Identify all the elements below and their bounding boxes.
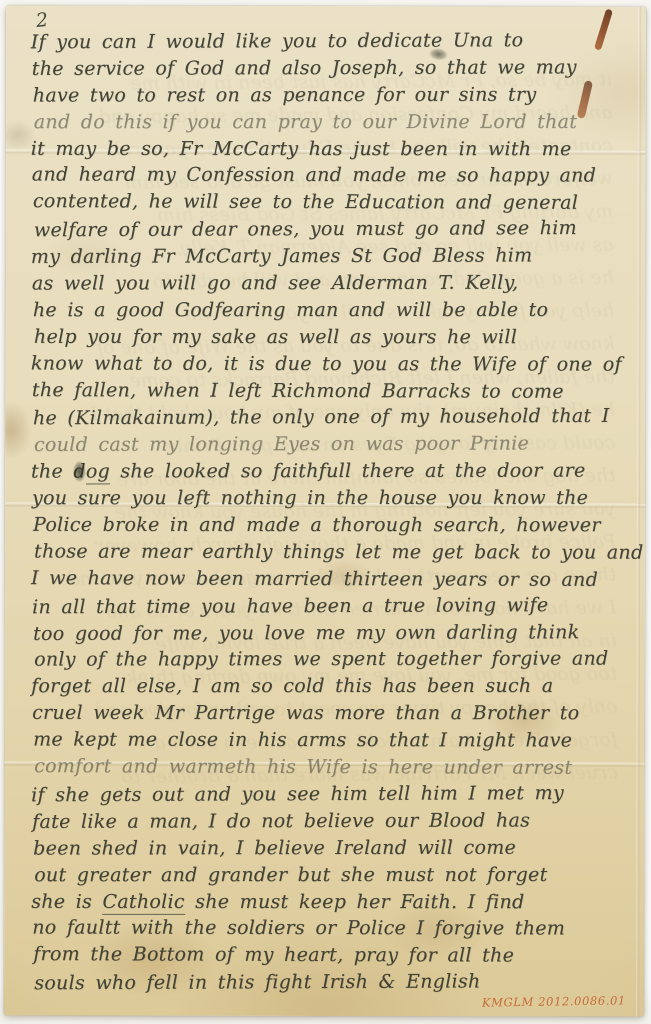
photo-background: it may be so, Fr McCarty has just been i… bbox=[0, 0, 651, 1024]
letter-line: me kept me close in his arms so that I m… bbox=[33, 727, 633, 755]
letter-line: cruel week Mr Partrige was more than a B… bbox=[32, 700, 632, 727]
letter-line: no faultt with the soldiers or Police I … bbox=[32, 915, 632, 943]
letter-line: and heard my Confession and made me so h… bbox=[32, 162, 632, 190]
catalog-number: KMGLM 2012.0086.01 bbox=[482, 993, 626, 1009]
letter-line: welfare of our dear ones, you must go an… bbox=[34, 215, 634, 244]
letter-line: too good for me, you love me my own darl… bbox=[33, 619, 633, 648]
letter-line: have two to rest on as penance for our s… bbox=[33, 81, 633, 109]
letter-line: souls who fell in this fight Irish & Eng… bbox=[34, 968, 634, 997]
letter-line: as well you will go and see Alderman T. … bbox=[32, 270, 632, 298]
letter-line: I we have now been married thirteen year… bbox=[31, 565, 631, 594]
letter-line: it may be so, Fr McCarty has just been i… bbox=[31, 135, 631, 162]
letter-line: the fallen, when I left Richmond Barrack… bbox=[32, 377, 632, 406]
fold-crease-vertical bbox=[636, 7, 641, 1017]
letter-line: my darling Fr McCarty James St God Bless… bbox=[31, 242, 631, 271]
letter-line: contented, he will see to the Education … bbox=[33, 188, 633, 217]
letter-line: could cast my longing Eyes on was poor P… bbox=[34, 430, 634, 459]
letter-line: Police broke in and made a thorough sear… bbox=[33, 512, 633, 539]
letter-line: If you can I would like you to dedicate … bbox=[31, 27, 631, 56]
letter-line: and do this if you can pray to our Divin… bbox=[34, 109, 634, 136]
letter-line: if she gets out and you see him tell him… bbox=[31, 780, 631, 809]
letter-line: the dog she looked so faithfull there at… bbox=[31, 458, 631, 486]
letter-line: those are mear earthly things let me get… bbox=[34, 538, 634, 566]
letter-line: know what to do, it is due to you as the… bbox=[31, 350, 631, 378]
letter-line: you sure you left nothing in the house y… bbox=[32, 485, 632, 512]
letter-line: comfort and warmeth his Wife is here und… bbox=[34, 753, 634, 782]
letter-lines: If you can I would like you to dedicate … bbox=[31, 28, 632, 996]
letter-line: in all that time you have been a true lo… bbox=[32, 591, 632, 620]
letter-line: out greater and grander but she must not… bbox=[34, 861, 634, 888]
letter-line: fate like a man, I do not believe our Bl… bbox=[32, 807, 632, 836]
letter-line: he (Kilmakainum), the only one of my hou… bbox=[33, 403, 633, 432]
letter-line: he is a good Godfearing man and will be … bbox=[33, 297, 633, 324]
letter-line: the service of God and also Joseph, so t… bbox=[32, 54, 632, 83]
letter-line: been shed in vain, I believe Ireland wil… bbox=[33, 834, 633, 862]
letter-paper: it may be so, Fr McCarty has just been i… bbox=[4, 5, 646, 1016]
letter-line: only of the happy times we spent togethe… bbox=[34, 646, 634, 674]
letter-line: forget all else, I am so cold this has b… bbox=[31, 673, 631, 700]
letter-line: she is Catholic she must keep her Faith.… bbox=[31, 888, 631, 915]
letter-line: help you for my sake as well as yours he… bbox=[34, 324, 634, 351]
letter-line: from the Bottom of my heart, pray for al… bbox=[33, 941, 633, 970]
